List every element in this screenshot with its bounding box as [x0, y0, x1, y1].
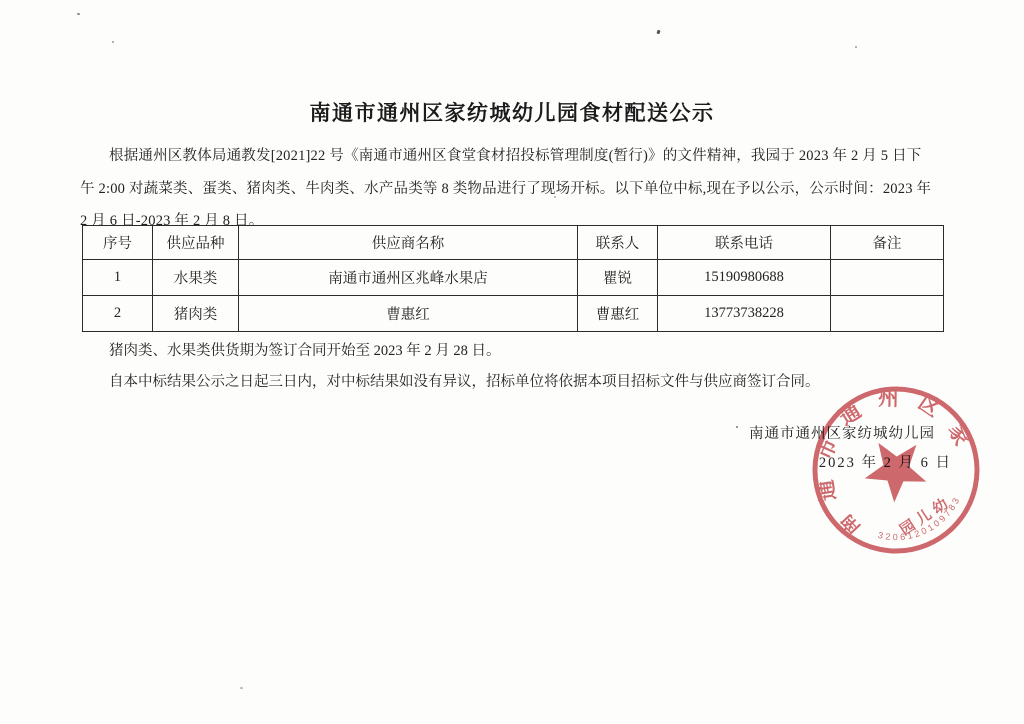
cell-contact: 瞿锐 — [578, 260, 658, 296]
cell-supplier: 曹惠红 — [239, 296, 578, 332]
cell-category: 水果类 — [153, 260, 239, 296]
cell-phone: 15190980688 — [658, 260, 831, 296]
page-title: 南通市通州区家纺城幼儿园食材配送公示 — [0, 97, 1024, 127]
supplier-table: 序号 供应品种 供应商名称 联系人 联系电话 备注 1 水果类 南通市通州区兆峰… — [82, 225, 944, 332]
col-header-supplier: 供应商名称 — [239, 226, 578, 260]
cell-phone: 13773738228 — [658, 296, 831, 332]
scan-speck — [240, 687, 243, 689]
body-paragraph: 根据通州区教体局通教发[2021]22 号《南通市通州区食堂食材招投标管理制度(… — [80, 140, 948, 238]
body-line: 午 2:00 对蔬菜类、蛋类、猪肉类、牛肉类、水产品类等 8 类物品进行了现场开… — [80, 173, 948, 206]
scan-speck — [554, 196, 556, 198]
table-row: 1 水果类 南通市通州区兆峰水果店 瞿锐 15190980688 — [83, 260, 944, 296]
col-header-phone: 联系电话 — [658, 226, 831, 260]
cell-seq: 1 — [83, 260, 153, 296]
table-row: 2 猪肉类 曹惠红 曹惠红 13773738228 — [83, 296, 944, 332]
cell-category: 猪肉类 — [153, 296, 239, 332]
scan-speck — [855, 46, 857, 48]
scan-speck — [656, 30, 660, 35]
cell-remark — [831, 296, 944, 332]
col-header-seq: 序号 — [83, 226, 153, 260]
official-seal-stamp: 南通市通州区家纺城 3206120109783 园儿幼 — [806, 380, 986, 560]
col-header-category: 供应品种 — [153, 226, 239, 260]
col-header-contact: 联系人 — [578, 226, 658, 260]
seal-star-icon — [853, 426, 937, 509]
cell-contact: 曹惠红 — [578, 296, 658, 332]
scan-speck — [736, 426, 738, 428]
body-line: 根据通州区教体局通教发[2021]22 号《南通市通州区食堂食材招投标管理制度(… — [80, 140, 948, 173]
scan-speck — [77, 13, 80, 15]
note-line: 猪肉类、水果类供货期为签订合同开始至 2023 年 2 月 28 日。 — [80, 336, 948, 367]
cell-supplier: 南通市通州区兆峰水果店 — [239, 260, 578, 296]
cell-remark — [831, 260, 944, 296]
table-header-row: 序号 供应品种 供应商名称 联系人 联系电话 备注 — [83, 226, 944, 260]
scan-speck — [112, 41, 114, 43]
col-header-remark: 备注 — [831, 226, 944, 260]
cell-seq: 2 — [83, 296, 153, 332]
